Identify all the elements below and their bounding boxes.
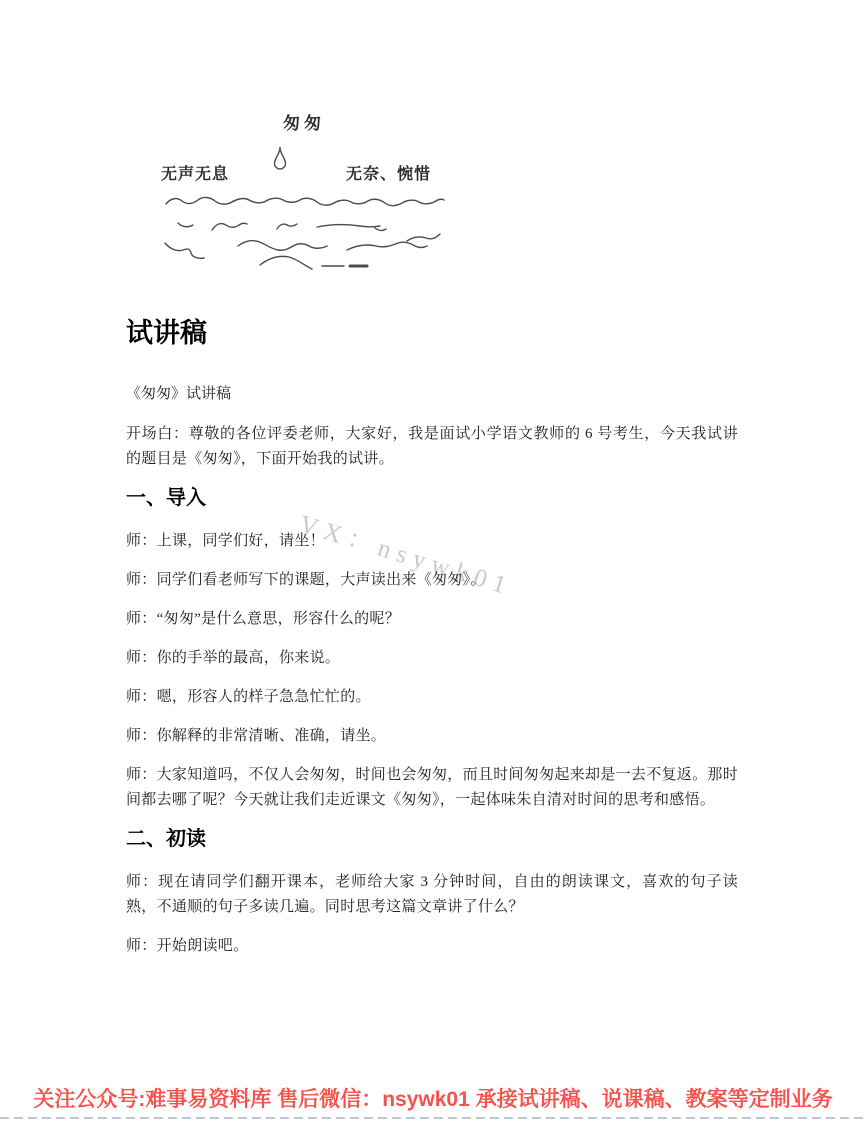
- dialogue-line: 师：嗯，形容人的样子急急忙忙的。: [126, 685, 738, 710]
- dialogue-line: 师：“匆匆”是什么意思，形容什么的呢？: [126, 607, 738, 632]
- document-page: 匆匆 无声无息 无奈、惋惜 VX：nsywk01 试讲稿 《匆匆》试讲稿 开场白…: [0, 0, 866, 1122]
- footer-text: 关注公众号:难事易资料库 售后微信：nsywk01 承接试讲稿、说课稿、教案等定…: [33, 1088, 832, 1111]
- sketch-label-left: 无声无息: [161, 161, 229, 184]
- doc-subtitle: 《匆匆》试讲稿: [126, 383, 738, 406]
- sketch-label-right: 无奈、惋惜: [346, 161, 431, 184]
- section-heading-2: 二、初读: [126, 829, 738, 849]
- sketch-title: 匆匆: [283, 109, 325, 134]
- water-drop-icon: [273, 146, 287, 173]
- opening-paragraph: 开场白：尊敬的各位评委老师，大家好，我是面试小学语文教师的 6 号考生，今天我试…: [126, 422, 738, 472]
- section-heading-1: 一、导入: [126, 488, 738, 508]
- dialogue-line: 师：同学们看老师写下的课题，大声读出来《匆匆》。: [126, 568, 738, 593]
- dialogue-line: 师：现在请同学们翻开课本，老师给大家 3 分钟时间，自由的朗读课文，喜欢的句子读…: [126, 870, 738, 920]
- dialogue-line: 师：大家知道吗，不仅人会匆匆，时间也会匆匆，而且时间匆匆起来却是一去不复返。那时…: [126, 763, 738, 813]
- dialogue-line: 师：你的手举的最高，你来说。: [126, 646, 738, 671]
- wave-lines-icon: [150, 191, 450, 273]
- bottom-dashed-line: [0, 1117, 866, 1119]
- board-sketch: 匆匆 无声无息 无奈、惋惜: [0, 0, 866, 300]
- page-title: 试讲稿: [126, 320, 738, 347]
- dialogue-line: 师：开始朗读吧。: [126, 934, 738, 959]
- footer-banner: 关注公众号:难事易资料库 售后微信：nsywk01 承接试讲稿、说课稿、教案等定…: [0, 1088, 866, 1112]
- document-body: 试讲稿 《匆匆》试讲稿 开场白：尊敬的各位评委老师，大家好，我是面试小学语文教师…: [126, 320, 738, 959]
- dialogue-line: 师：你解释的非常清晰、准确，请坐。: [126, 724, 738, 749]
- dialogue-line: 师：上课，同学们好，请坐！: [126, 529, 738, 554]
